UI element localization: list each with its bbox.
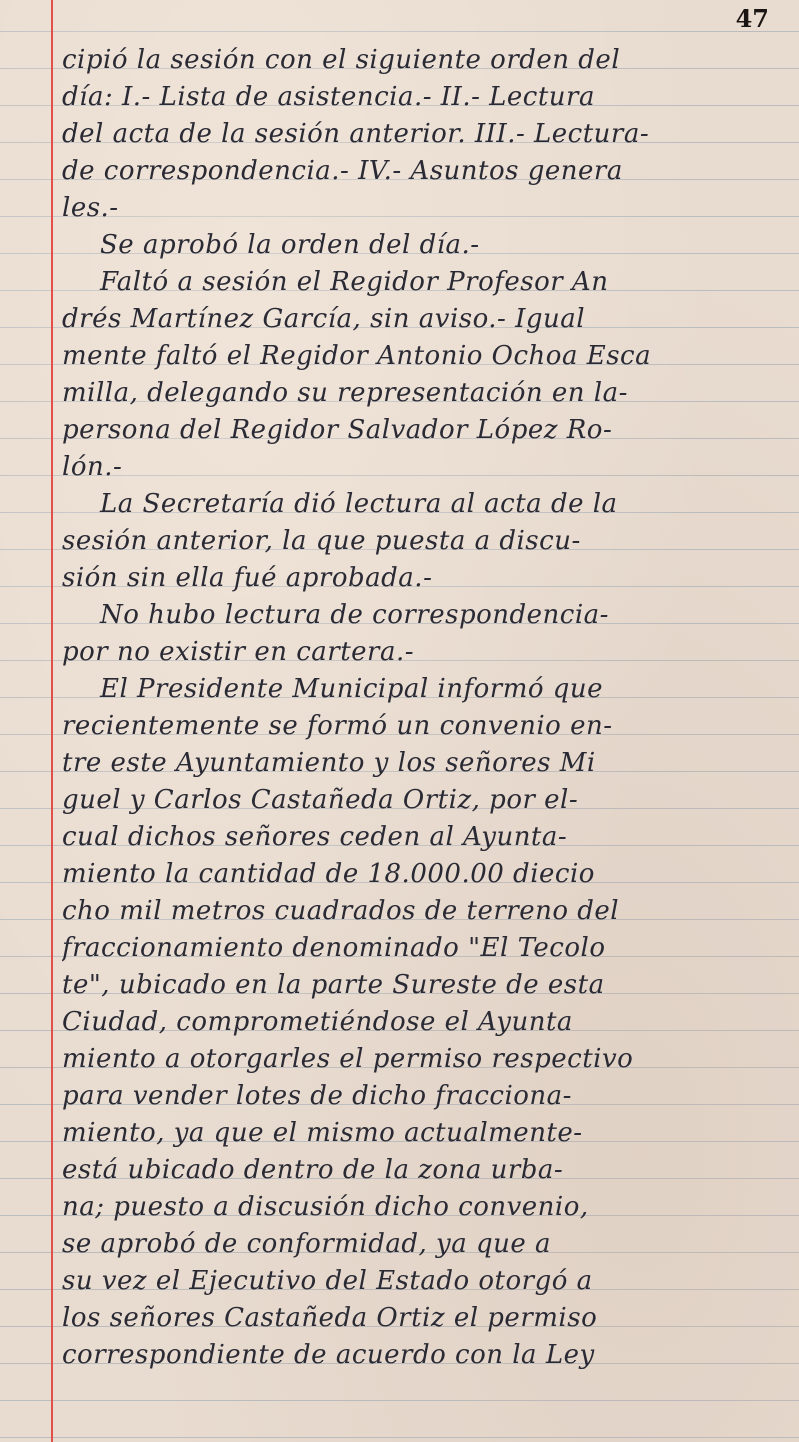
text-line: Ciudad, comprometiéndose el Ayunta [62,1004,785,1041]
text-line: guel y Carlos Castañeda Ortiz, por el- [62,782,785,819]
text-line: se aprobó de conformidad, ya que a [62,1226,785,1263]
text-line: mente faltó el Regidor Antonio Ochoa Esc… [62,338,785,375]
text-line: El Presidente Municipal informó que [62,671,785,708]
text-line: drés Martínez García, sin aviso.- Igual [62,301,785,338]
text-line: na; puesto a discusión dicho convenio, [62,1189,785,1226]
text-line: La Secretaría dió lectura al acta de la [62,486,785,523]
text-line: Se aprobó la orden del día.- [62,227,785,264]
text-line: por no existir en cartera.- [62,634,785,671]
ledger-page: 47 cipió la sesión con el siguiente orde… [0,0,799,1442]
text-line: les.- [62,190,785,227]
text-line: de correspondencia.- IV.- Asuntos genera [62,153,785,190]
text-line: cual dichos señores ceden al Ayunta- [62,819,785,856]
text-line: sión sin ella fué aprobada.- [62,560,785,597]
text-line: persona del Regidor Salvador López Ro- [62,412,785,449]
text-line: miento, ya que el mismo actualmente- [62,1115,785,1152]
text-line: día: I.- Lista de asistencia.- II.- Lect… [62,79,785,116]
text-line: sesión anterior, la que puesta a discu- [62,523,785,560]
text-line: los señores Castañeda Ortiz el permiso [62,1300,785,1337]
red-margin-line [51,0,53,1442]
handwritten-minutes: cipió la sesión con el siguiente orden d… [62,42,785,1374]
text-line: miento a otorgarles el permiso respectiv… [62,1041,785,1078]
text-line: te", ubicado en la parte Sureste de esta [62,967,785,1004]
text-line: milla, delegando su representación en la… [62,375,785,412]
text-line: del acta de la sesión anterior. III.- Le… [62,116,785,153]
text-line: cho mil metros cuadrados de terreno del [62,893,785,930]
text-line: recientemente se formó un convenio en- [62,708,785,745]
page-number: 47 [736,4,769,33]
text-line: No hubo lectura de correspondencia- [62,597,785,634]
text-line: correspondiente de acuerdo con la Ley [62,1337,785,1374]
text-line: cipió la sesión con el siguiente orden d… [62,42,785,79]
text-line: miento la cantidad de 18.000.00 diecio [62,856,785,893]
text-line: su vez el Ejecutivo del Estado otorgó a [62,1263,785,1300]
text-line: fraccionamiento denominado "El Tecolo [62,930,785,967]
text-line: está ubicado dentro de la zona urba- [62,1152,785,1189]
text-line: tre este Ayuntamiento y los señores Mi [62,745,785,782]
text-line: para vender lotes de dicho fracciona- [62,1078,785,1115]
text-line: Faltó a sesión el Regidor Profesor An [62,264,785,301]
text-line: lón.- [62,449,785,486]
